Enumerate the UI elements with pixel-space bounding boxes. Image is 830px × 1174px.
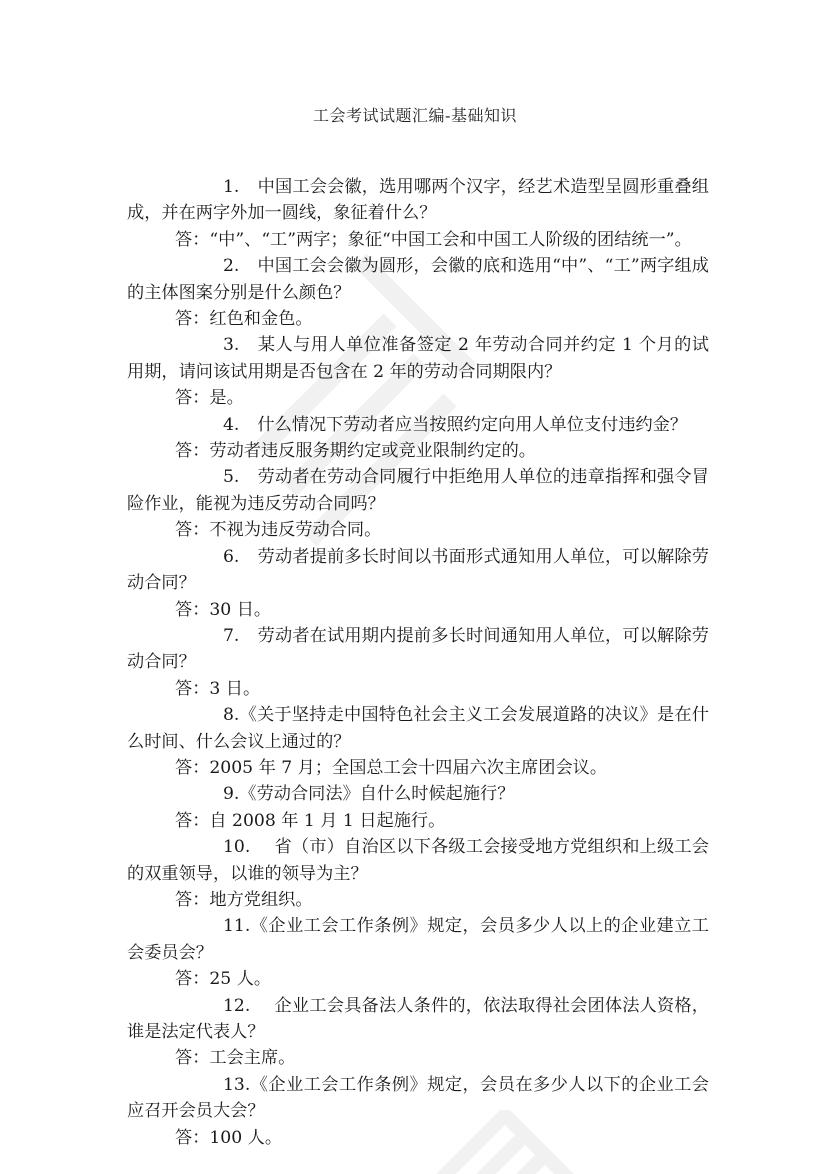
question-text: 什么情况下劳动者应当按照约定向用人单位支付违约金？ [257, 415, 687, 435]
answer-1: 答：“中”、“工”两字；象征“中国工会和中国工人阶级的团结统一”。 [127, 227, 709, 253]
answer-13: 答：100 人。 [127, 1125, 709, 1151]
question-number: 8. [175, 702, 239, 728]
question-9: 9.《劳动合同法》自什么时候起施行？ [127, 781, 709, 807]
question-number: 4. [175, 412, 239, 438]
question-number: 1. [175, 174, 239, 200]
answer-9: 答：自 2008 年 1 月 1 日起施行。 [127, 808, 709, 834]
question-12: 12.企业工会具备法人条件的，依法取得社会团体法人资格，谁是法定代表人？ [127, 993, 709, 1046]
question-number: 12. [175, 993, 250, 1019]
question-2: 2.中国工会会徽为圆形，会徽的底和选用“中”、“工”两字组成的主体图案分别是什么… [127, 253, 709, 306]
question-text: 《劳动合同法》自什么时候起施行？ [239, 784, 514, 804]
question-11: 11.《企业工会工作条例》规定，会员多少人以上的企业建立工会委员会？ [127, 913, 709, 966]
answer-2: 答：红色和金色。 [127, 306, 709, 332]
question-number: 11. [175, 913, 250, 939]
question-number: 2. [175, 253, 239, 279]
question-5: 5.劳动者在劳动合同履行中拒绝用人单位的违章指挥和强令冒险作业，能视为违反劳动合… [127, 464, 709, 517]
answer-7: 答：3 日。 [127, 676, 709, 702]
question-13: 13.《企业工会工作条例》规定，会员在多少人以下的企业工会应召开会员大会？ [127, 1072, 709, 1125]
document-title: 工会考试试题汇编-基础知识 [0, 103, 830, 126]
question-number: 10. [175, 834, 250, 860]
answer-12: 答：工会主席。 [127, 1045, 709, 1071]
question-number: 3. [175, 332, 239, 358]
answer-10: 答：地方党组织。 [127, 887, 709, 913]
question-10: 10.省（市）自治区以下各级工会接受地方党组织和上级工会的双重领导，以谁的领导为… [127, 834, 709, 887]
question-4: 4.什么情况下劳动者应当按照约定向用人单位支付违约金？ [127, 412, 709, 438]
question-8: 8.《关于坚持走中国特色社会主义工会发展道路的决议》是在什么时间、什么会议上通过… [127, 702, 709, 755]
answer-5: 答：不视为违反劳动合同。 [127, 517, 709, 543]
question-number: 7. [175, 623, 239, 649]
question-7: 7.劳动者在试用期内提前多长时间通知用人单位，可以解除劳动合同？ [127, 623, 709, 676]
question-number: 13. [175, 1072, 250, 1098]
question-6: 6.劳动者提前多长时间以书面形式通知用人单位，可以解除劳动合同？ [127, 544, 709, 597]
document-page: 工会考试试题汇编-基础知识 1.中国工会会徽，选用哪两个汉字，经艺术造型呈圆形重… [0, 0, 830, 1174]
answer-6: 答：30 日。 [127, 597, 709, 623]
question-3: 3.某人与用人单位准备签定 2 年劳动合同并约定 1 个月的试用期，请问该试用期… [127, 332, 709, 385]
question-number: 9. [175, 781, 239, 807]
answer-3: 答：是。 [127, 385, 709, 411]
question-1: 1.中国工会会徽，选用哪两个汉字，经艺术造型呈圆形重叠组成，并在两字外加一圆线，… [127, 174, 709, 227]
answer-8: 答：2005 年 7 月；全国总工会十四届六次主席团会议。 [127, 755, 709, 781]
answer-4: 答：劳动者违反服务期约定或竞业限制约定的。 [127, 438, 709, 464]
answer-11: 答：25 人。 [127, 966, 709, 992]
question-number: 6. [175, 544, 239, 570]
document-body: 1.中国工会会徽，选用哪两个汉字，经艺术造型呈圆形重叠组成，并在两字外加一圆线，… [127, 174, 709, 1151]
question-number: 5. [175, 464, 239, 490]
